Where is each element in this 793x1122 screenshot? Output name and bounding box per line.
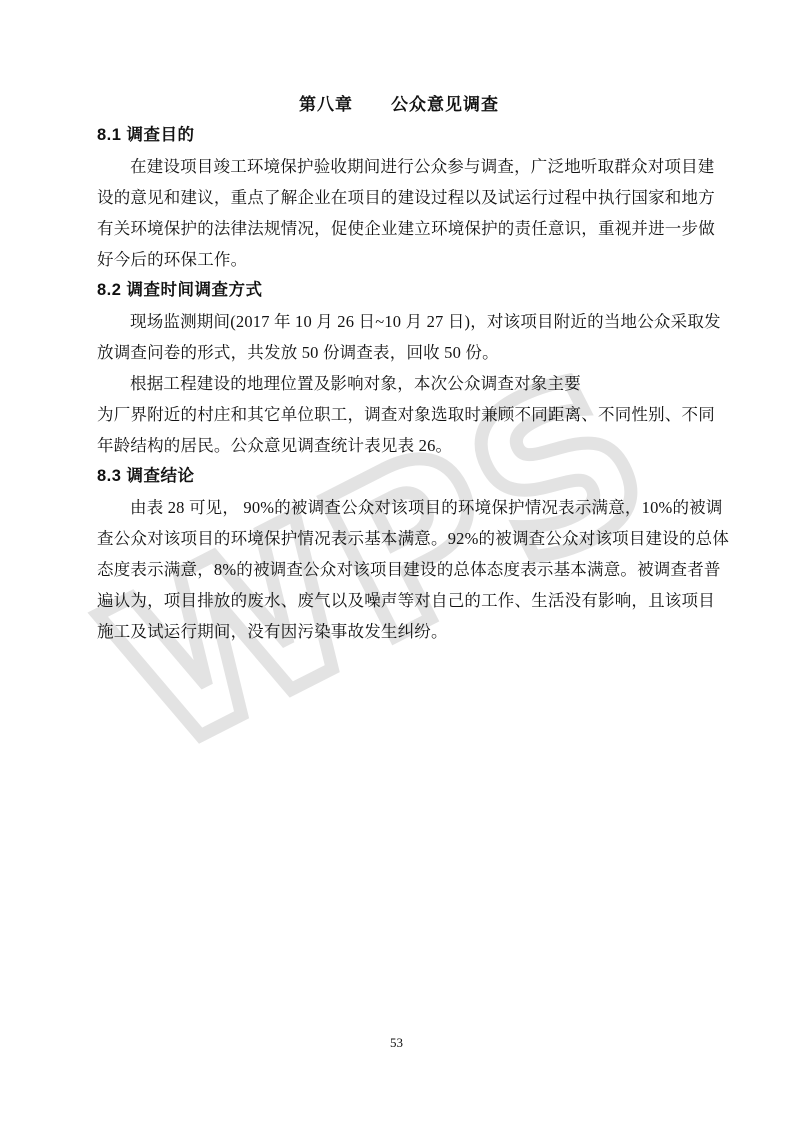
paragraph-line: 设的意见和建议，重点了解企业在项目的建设过程以及试运行过程中执行国家和地方 [97,182,701,213]
page-number: 53 [0,1035,793,1051]
paragraph-line: 由表 28 可见， 90%的被调查公众对该项目的环境保护情况表示满意，10%的被… [97,492,701,523]
paragraph-line: 好今后的环保工作。 [97,244,701,275]
paragraph-line: 查公众对该项目的环境保护情况表示基本满意。92%的被调查公众对该项目建设的总体 [97,523,701,554]
paragraph-line: 有关环境保护的法律法规情况，促使企业建立环境保护的责任意识，重视并进一步做 [97,213,701,244]
paragraph-line: 在建设项目竣工环境保护验收期间进行公众参与调查，广泛地听取群众对项目建 [97,151,701,182]
paragraph-line: 现场监测期间(2017 年 10 月 26 日~10 月 27 日)，对该项目附… [97,306,701,337]
paragraph-line: 施工及试运行期间，没有因污染事故发生纠纷。 [97,616,701,647]
section-heading-8-3: 8.3 调查结论 [97,461,701,492]
page-content: 第八章公众意见调查 8.1 调查目的 在建设项目竣工环境保护验收期间进行公众参与… [97,89,701,647]
paragraph-line: 根据工程建设的地理位置及影响对象，本次公众调查对象主要 [97,368,701,399]
chapter-title: 第八章公众意见调查 [97,89,701,120]
paragraph-line: 为厂界附近的村庄和其它单位职工，调查对象选取时兼顾不同距离、不同性别、不同 [97,399,701,430]
chapter-subject: 公众意见调查 [391,95,499,114]
paragraph-line: 放调查问卷的形式，共发放 50 份调查表，回收 50 份。 [97,337,701,368]
paragraph-line: 态度表示满意，8%的被调查公众对该项目建设的总体态度表示基本满意。被调查者普 [97,554,701,585]
document-page: WPS 第八章公众意见调查 8.1 调查目的 在建设项目竣工环境保护验收期间进行… [0,0,793,1122]
paragraph-line: 遍认为，项目排放的废水、废气以及噪声等对自己的工作、生活没有影响，且该项目 [97,585,701,616]
paragraph-line: 年龄结构的居民。公众意见调查统计表见表 26。 [97,430,701,461]
section-heading-8-1: 8.1 调查目的 [97,120,701,151]
chapter-number: 第八章 [299,95,353,114]
section-heading-8-2: 8.2 调查时间调查方式 [97,275,701,306]
